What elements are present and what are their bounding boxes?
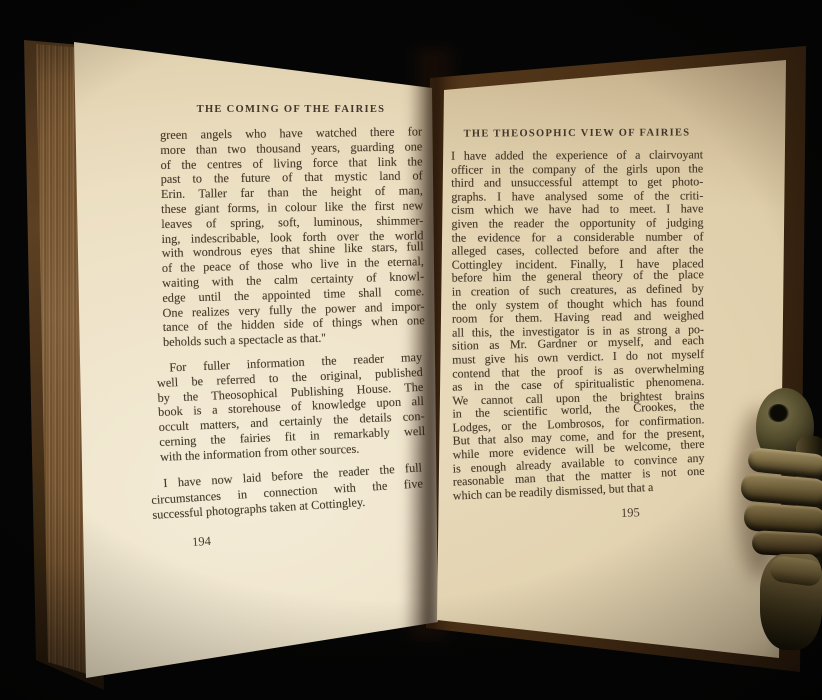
left-paragraph-1: green angels who have watched there form… — [160, 124, 425, 350]
left-page-number: 194 — [192, 521, 422, 550]
book-photo: THE COMING OF THE FAIRIES green angels w… — [0, 0, 822, 700]
right-page-text-block: THE THEOSOPHIC VIEW OF FAIRIES I have ad… — [451, 127, 705, 521]
left-running-head: THE COMING OF THE FAIRIES — [160, 104, 422, 115]
thumb-knuckle-hollow — [768, 404, 789, 422]
right-running-head: THE THEOSOPHIC VIEW OF FAIRIES — [451, 127, 703, 139]
left-paragraph-2: For fuller information the reader maywel… — [156, 350, 426, 465]
right-page-number: 195 — [621, 504, 705, 522]
left-page-text-block: THE COMING OF THE FAIRIES green angels w… — [160, 104, 422, 543]
left-paragraph-3: I have now laid before the reader the fu… — [150, 460, 424, 523]
right-paragraph-1: I have added the experience of a clairvo… — [451, 148, 705, 503]
